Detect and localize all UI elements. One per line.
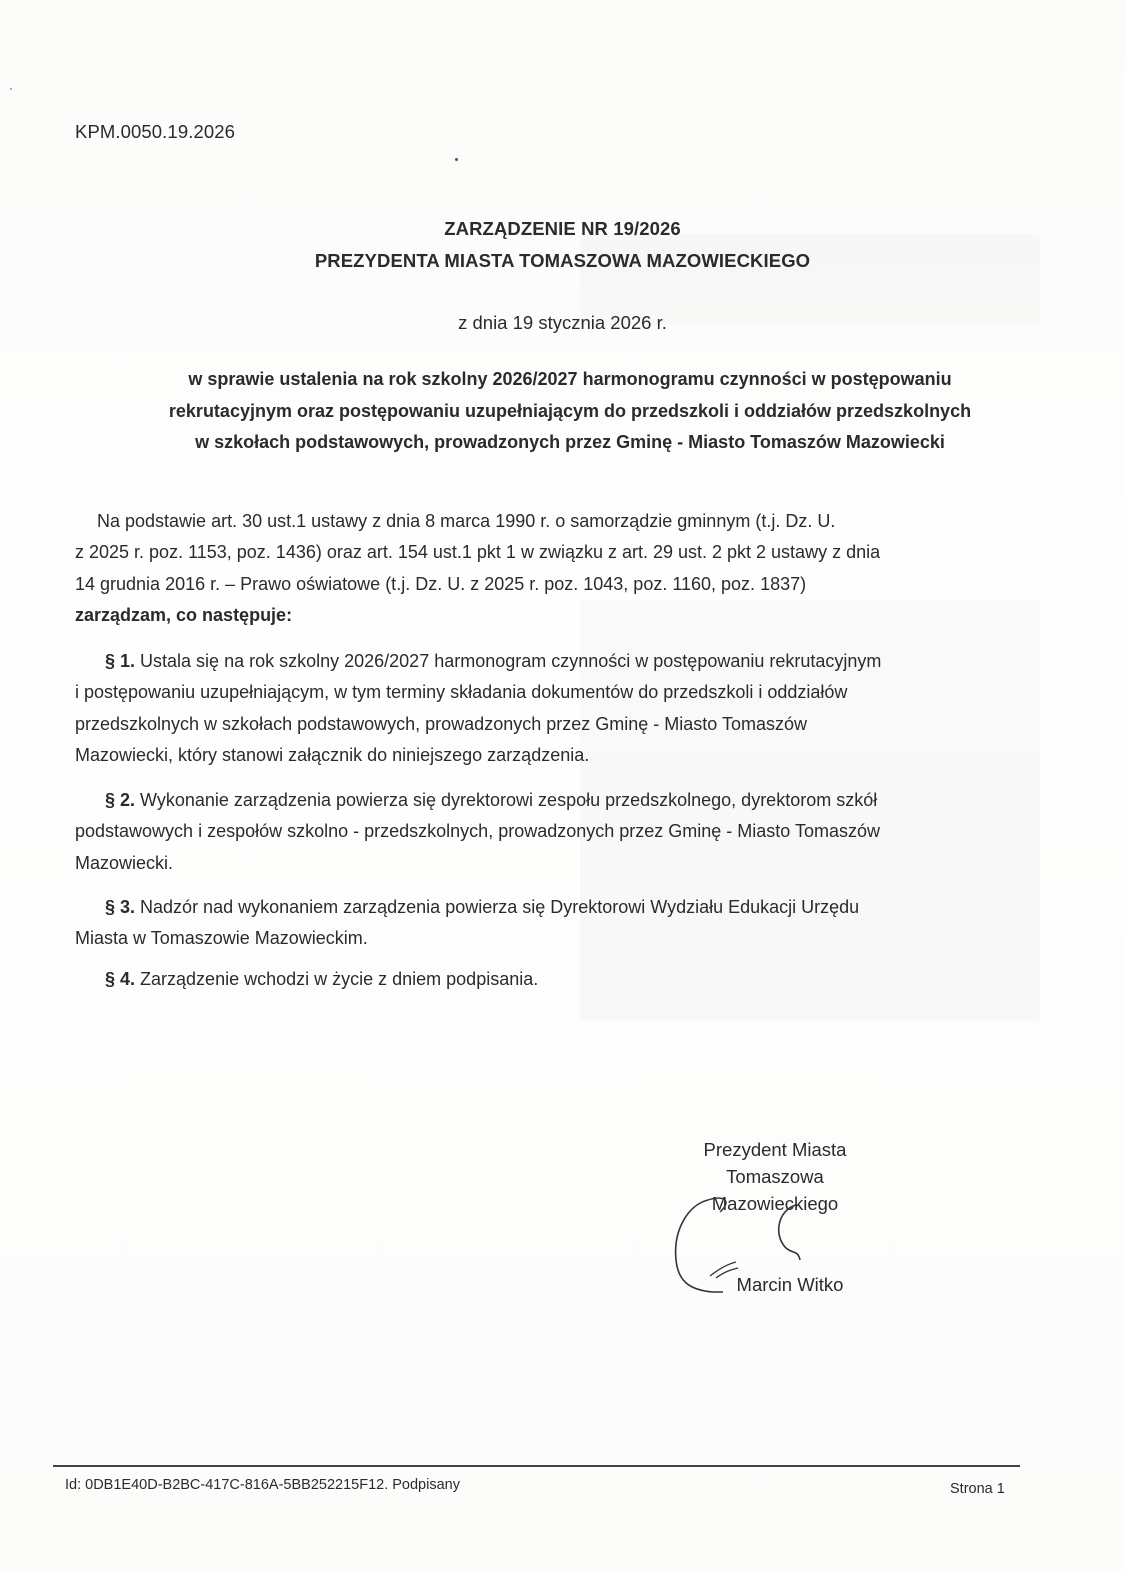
legal-basis-line: 14 grudnia 2016 r. – Prawo oświatowe (t.… bbox=[75, 569, 1025, 600]
signatory-title: Prezydent Miasta bbox=[640, 1136, 910, 1163]
subject-line: rekrutacyjnym oraz postępowaniu uzupełni… bbox=[90, 396, 1050, 428]
scan-speck bbox=[10, 88, 12, 90]
paragraph-1: § 1. Ustala się na rok szkolny 2026/2027… bbox=[75, 646, 1025, 771]
decree-date: z dnia 19 stycznia 2026 r. bbox=[0, 312, 1125, 334]
decree-phrase: zarządzam, co następuje: bbox=[75, 600, 1025, 631]
paragraph-text: Nadzór nad wykonaniem zarządzenia powier… bbox=[135, 897, 859, 917]
document-id: Id: 0DB1E40D-B2BC-417C-816A-5BB252215F12… bbox=[65, 1477, 460, 1493]
paragraph-text: przedszkolnych w szkołach podstawowych, … bbox=[75, 709, 1025, 740]
decree-title: ZARZĄDZENIE NR 19/2026 bbox=[0, 218, 1125, 240]
paragraph-text: i postępowaniu uzupełniającym, w tym ter… bbox=[75, 677, 1025, 708]
legal-basis: Na podstawie art. 30 ust.1 ustawy z dnia… bbox=[75, 506, 1025, 631]
paragraph-label: § 3. bbox=[105, 897, 135, 917]
footer-divider bbox=[53, 1465, 1020, 1467]
paragraph-text: Ustala się na rok szkolny 2026/2027 harm… bbox=[135, 651, 881, 671]
legal-basis-line: Na podstawie art. 30 ust.1 ustawy z dnia… bbox=[75, 506, 1025, 537]
document-page: KPM.0050.19.2026 ZARZĄDZENIE NR 19/2026 … bbox=[0, 0, 1125, 1570]
paragraph-text: Wykonanie zarządzenia powierza się dyrek… bbox=[135, 790, 877, 810]
subject-line: w szkołach podstawowych, prowadzonych pr… bbox=[90, 427, 1050, 459]
paragraph-label: § 4. bbox=[105, 969, 135, 989]
signatory-title: Tomaszowa bbox=[640, 1163, 910, 1190]
paragraph-4: § 4. Zarządzenie wchodzi w życie z dniem… bbox=[75, 964, 1025, 995]
scan-speck bbox=[455, 158, 458, 161]
legal-basis-line: z 2025 r. poz. 1153, poz. 1436) oraz art… bbox=[75, 537, 1025, 568]
paragraph-text: podstawowych i zespołów szkolno - przeds… bbox=[75, 816, 1025, 847]
paragraph-2: § 2. Wykonanie zarządzenia powierza się … bbox=[75, 785, 1025, 879]
reference-number: KPM.0050.19.2026 bbox=[75, 121, 235, 143]
paragraph-text: Mazowiecki. bbox=[75, 848, 1025, 879]
paragraph-label: § 2. bbox=[105, 790, 135, 810]
paragraph-text: Mazowiecki, który stanowi załącznik do n… bbox=[75, 740, 1025, 771]
decree-issuer: PREZYDENTA MIASTA TOMASZOWA MAZOWIECKIEG… bbox=[0, 250, 1125, 272]
paragraph-label: § 1. bbox=[105, 651, 135, 671]
paragraph-3: § 3. Nadzór nad wykonaniem zarządzenia p… bbox=[75, 892, 1025, 955]
paragraph-text: Miasta w Tomaszowie Mazowieckim. bbox=[75, 923, 1025, 954]
subject-line: w sprawie ustalenia na rok szkolny 2026/… bbox=[90, 364, 1050, 396]
handwritten-signature-icon bbox=[668, 1190, 828, 1310]
decree-subject: w sprawie ustalenia na rok szkolny 2026/… bbox=[90, 364, 1050, 459]
paragraph-text: Zarządzenie wchodzi w życie z dniem podp… bbox=[135, 969, 538, 989]
page-number: Strona 1 bbox=[950, 1481, 1005, 1497]
